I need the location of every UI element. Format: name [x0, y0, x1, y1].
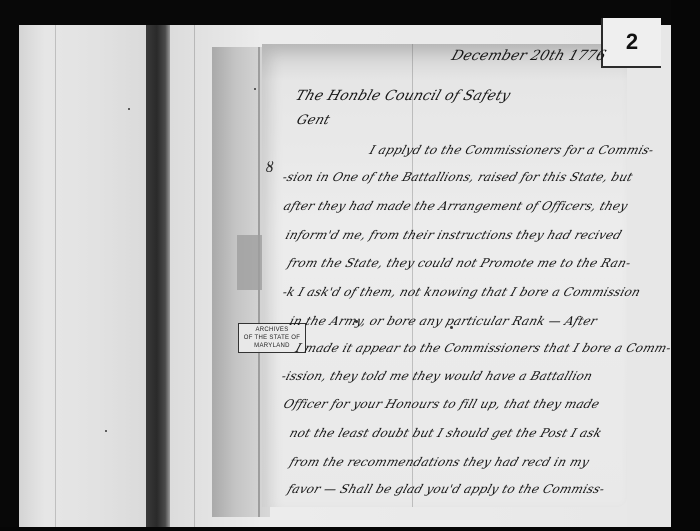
letter-line-7: in the Army, or bore any particular Rank…	[288, 314, 599, 328]
scan-border-right	[671, 0, 700, 531]
page-number-tab: 2	[601, 18, 661, 68]
letter-line-4: inform'd me, from their instructions the…	[284, 228, 624, 242]
letter-line-12: from the recommendations they had recd i…	[288, 455, 591, 469]
letter-greeting: Gent	[295, 113, 332, 128]
letter-line-6: -k I ask'd of them, not knowing that I b…	[281, 285, 643, 299]
letter-line-13: favor — Shall be glad you'd apply to the…	[286, 482, 607, 496]
binding-gutter-shadow	[146, 25, 170, 528]
blank-left-leaf	[19, 25, 147, 528]
letter-line-1: I applyd to the Commissioners for a Comm…	[368, 143, 656, 157]
right-page-margin	[627, 25, 671, 528]
letter-salutation: The Honble Council of Safety	[293, 88, 512, 104]
paper-stain	[237, 235, 263, 290]
letter-line-3: after they had made the Arrangement of O…	[282, 199, 630, 213]
microfilm-scan: 2 ARCHIVES OF THE STATE OF MARYLAND Dece…	[0, 0, 700, 531]
dust-speck	[254, 88, 256, 90]
ink-blot	[450, 326, 453, 329]
letter-line-11: not the least doubt but I should get the…	[288, 426, 604, 440]
letter-line-2: -sion in One of the Battallions, raised …	[281, 170, 635, 184]
stamp-line-2: OF THE STATE OF	[239, 334, 305, 342]
dust-speck	[128, 108, 130, 110]
letter-line-10: Officer for your Honours to fill up, tha…	[282, 397, 602, 411]
margin-mark: ȣ	[266, 160, 274, 176]
scan-border-bottom	[0, 527, 700, 531]
ink-blot	[355, 320, 358, 323]
page-number: 2	[626, 29, 638, 55]
letter-date: December 20th 1776	[449, 48, 608, 64]
dust-speck	[105, 430, 107, 432]
letter-line-8: I made it appear to the Commissioners th…	[294, 341, 673, 355]
letter-line-9: -ission, they told me they would have a …	[280, 369, 595, 383]
letter-line-5: from the State, they could not Promote m…	[286, 256, 633, 270]
